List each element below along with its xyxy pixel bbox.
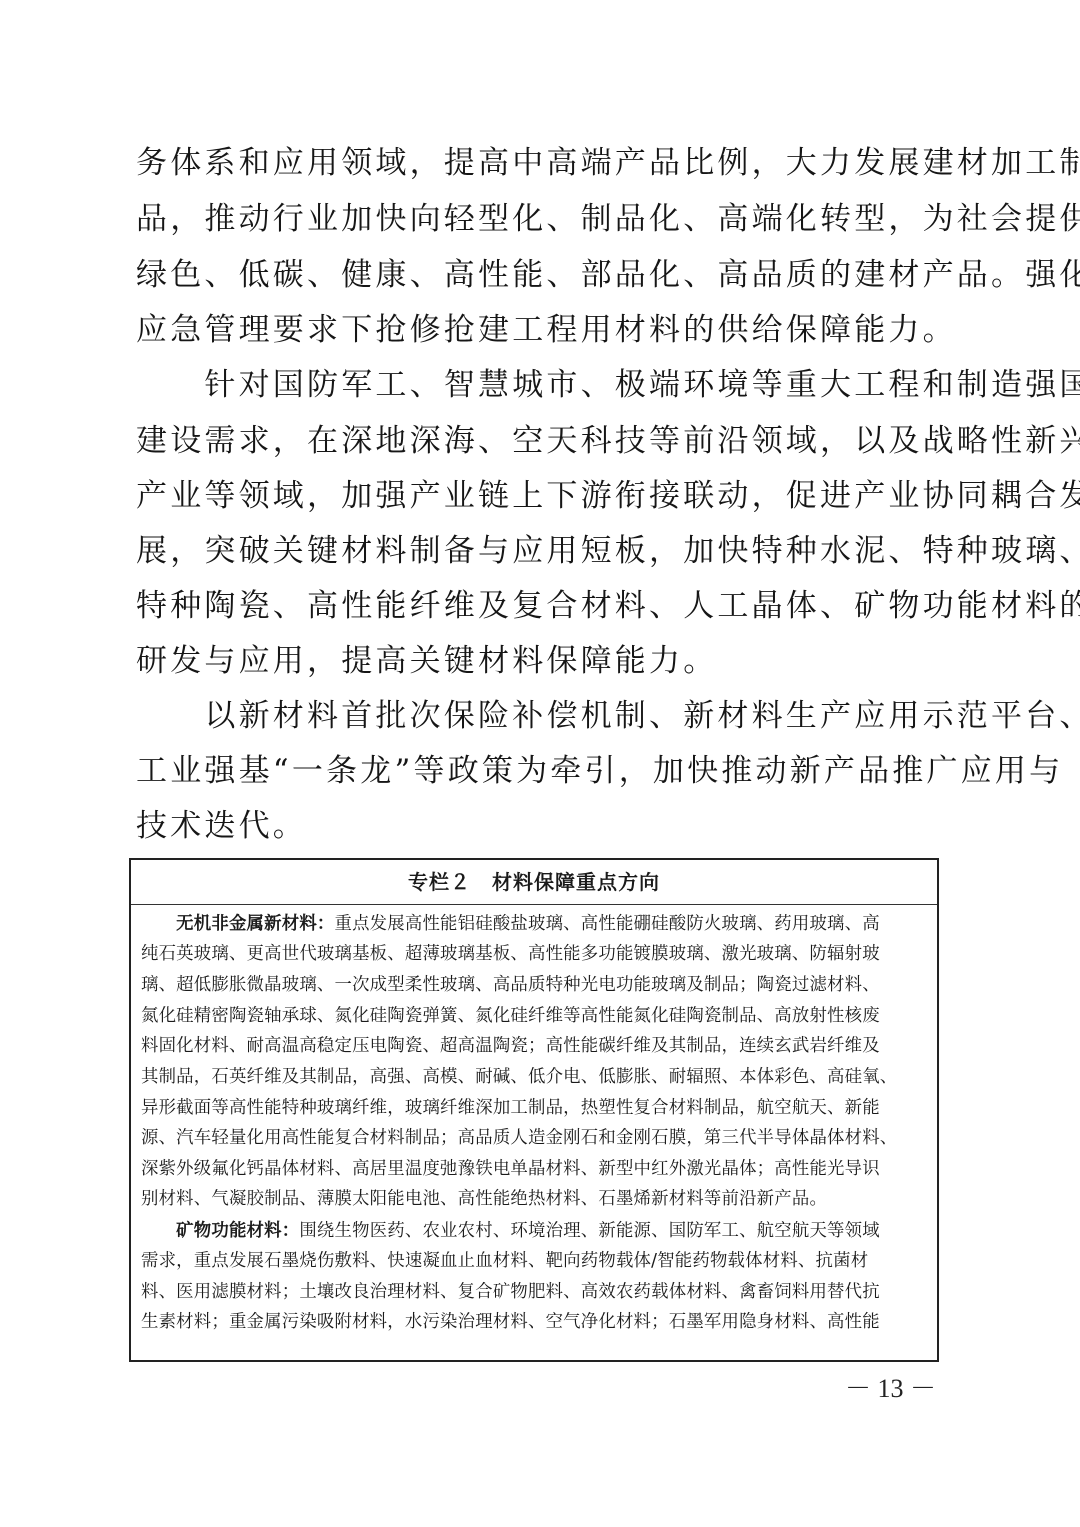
body-line: 以新材料首批次保险补偿机制、新材料生产应用示范平台、 [136, 696, 936, 736]
box-line-text: 围绕生物医药、农业农村、环境治理、新能源、国防军工、航空航天等领域 [299, 1221, 880, 1241]
body-line: 务体系和应用领域，提高中高端产品比例，大力发展建材加工制 [136, 143, 936, 183]
box-line: 异形截面等高性能特种玻璃纤维，玻璃纤维深加工制品，热塑性复合材料制品，航空航天、… [141, 1094, 880, 1122]
box-line-text: 重点发展高性能铝硅酸盐玻璃、高性能硼硅酸防火玻璃、药用玻璃、高 [335, 914, 880, 934]
box-line: 料固化材料、耐高温高稳定压电陶瓷、超高温陶瓷；高性能碳纤维及其制品，连续玄武岩纤… [141, 1032, 880, 1060]
body-line: 应急管理要求下抢修抢建工程用材料的供给保障能力。 [136, 310, 936, 350]
box-line-text: 异形截面等高性能特种玻璃纤维，玻璃纤维深加工制品，热塑性复合材料制品，航空航天、… [141, 1098, 880, 1118]
body-line: 品，推动行业加快向轻型化、制品化、高端化转型，为社会提供 [136, 199, 936, 239]
box-line: 纯石英玻璃、更高世代玻璃基板、超薄玻璃基板、高性能多功能镀膜玻璃、激光玻璃、防辐… [141, 940, 880, 968]
body-line: 研发与应用，提高关键材料保障能力。 [136, 641, 936, 681]
box-line-lead: 无机非金属新材料： [141, 914, 335, 934]
body-line: 特种陶瓷、高性能纤维及复合材料、人工晶体、矿物功能材料的 [136, 586, 936, 626]
box-line-text: 料固化材料、耐高温高稳定压电陶瓷、超高温陶瓷；高性能碳纤维及其制品，连续玄武岩纤… [141, 1036, 880, 1056]
box-line: 氮化硅精密陶瓷轴承球、氮化硅陶瓷弹簧、氮化硅纤维等高性能氮化硅陶瓷制品、高放射性… [141, 1002, 880, 1030]
body-line: 绿色、低碳、健康、高性能、部品化、高品质的建材产品。强化 [136, 255, 936, 295]
page-number: － 13 － [845, 1368, 936, 1405]
body-line: 建设需求，在深地深海、空天科技等前沿领域，以及战略性新兴 [136, 421, 936, 461]
box-line: 别材料、气凝胶制品、薄膜太阳能电池、高性能绝热材料、石墨烯新材料等前沿新产品。 [141, 1185, 827, 1213]
box-line: 其制品，石英纤维及其制品，高强、高模、耐碱、低介电、低膨胀、耐辐照、本体彩色、高… [141, 1063, 897, 1091]
box-line-lead: 矿物功能材料： [141, 1221, 299, 1241]
box-line: 源、汽车轻量化用高性能复合材料制品；高品质人造金刚石和金刚石膜，第三代半导体晶体… [141, 1124, 897, 1152]
box-line: 需求，重点发展石墨烧伤敷料、快速凝血止血材料、靶向药物载体/智能药物载体材料、抗… [141, 1247, 868, 1275]
box-line-text: 生素材料；重金属污染吸附材料，水污染治理材料、空气净化材料；石墨军用隐身材料、高… [141, 1312, 880, 1332]
box-line-text: 别材料、气凝胶制品、薄膜太阳能电池、高性能绝热材料、石墨烯新材料等前沿新产品。 [141, 1189, 827, 1209]
box-line-text: 其制品，石英纤维及其制品，高强、高模、耐碱、低介电、低膨胀、耐辐照、本体彩色、高… [141, 1067, 897, 1087]
box-line: 深紫外级氟化钙晶体材料、高居里温度弛豫铁电单晶材料、新型中红外激光晶体；高性能光… [141, 1155, 880, 1183]
box-line-text: 深紫外级氟化钙晶体材料、高居里温度弛豫铁电单晶材料、新型中红外激光晶体；高性能光… [141, 1159, 880, 1179]
box-line: 矿物功能材料：围绕生物医药、农业农村、环境治理、新能源、国防军工、航空航天等领域 [141, 1217, 880, 1245]
body-line: 产业等领域，加强产业链上下游衔接联动，促进产业协同耦合发 [136, 476, 936, 516]
body-line: 针对国防军工、智慧城市、极端环境等重大工程和制造强国 [136, 365, 936, 405]
body-line: 展，突破关键材料制备与应用短板，加快特种水泥、特种玻璃、 [136, 531, 936, 571]
box-line: 生素材料；重金属污染吸附材料，水污染治理材料、空气净化材料；石墨军用隐身材料、高… [141, 1308, 880, 1336]
box-line: 料、医用滤膜材料；土壤改良治理材料、复合矿物肥料、高效农药载体材料、禽畜饲料用替… [141, 1278, 880, 1306]
box-title: 专栏２ 材料保障重点方向 [131, 860, 937, 905]
sidebar-box-column-2: 专栏２ 材料保障重点方向 无机非金属新材料：重点发展高性能铝硅酸盐玻璃、高性能硼… [129, 858, 939, 1362]
box-line-text: 氮化硅精密陶瓷轴承球、氮化硅陶瓷弹簧、氮化硅纤维等高性能氮化硅陶瓷制品、高放射性… [141, 1006, 880, 1026]
box-line-text: 纯石英玻璃、更高世代玻璃基板、超薄玻璃基板、高性能多功能镀膜玻璃、激光玻璃、防辐… [141, 944, 880, 964]
body-line: 技术迭代。 [136, 806, 936, 846]
box-line-text: 源、汽车轻量化用高性能复合材料制品；高品质人造金刚石和金刚石膜，第三代半导体晶体… [141, 1128, 897, 1148]
box-line: 无机非金属新材料：重点发展高性能铝硅酸盐玻璃、高性能硼硅酸防火玻璃、药用玻璃、高 [141, 910, 880, 938]
box-line: 璃、超低膨胀微晶玻璃、一次成型柔性玻璃、高品质特种光电功能玻璃及制品；陶瓷过滤材… [141, 971, 880, 999]
box-line-text: 璃、超低膨胀微晶玻璃、一次成型柔性玻璃、高品质特种光电功能玻璃及制品；陶瓷过滤材… [141, 975, 880, 995]
box-line-text: 料、医用滤膜材料；土壤改良治理材料、复合矿物肥料、高效农药载体材料、禽畜饲料用替… [141, 1282, 880, 1302]
body-line: 工业强基“一条龙”等政策为牵引，加快推动新产品推广应用与 [136, 751, 936, 791]
box-line-text: 需求，重点发展石墨烧伤敷料、快速凝血止血材料、靶向药物载体/智能药物载体材料、抗… [141, 1251, 868, 1271]
